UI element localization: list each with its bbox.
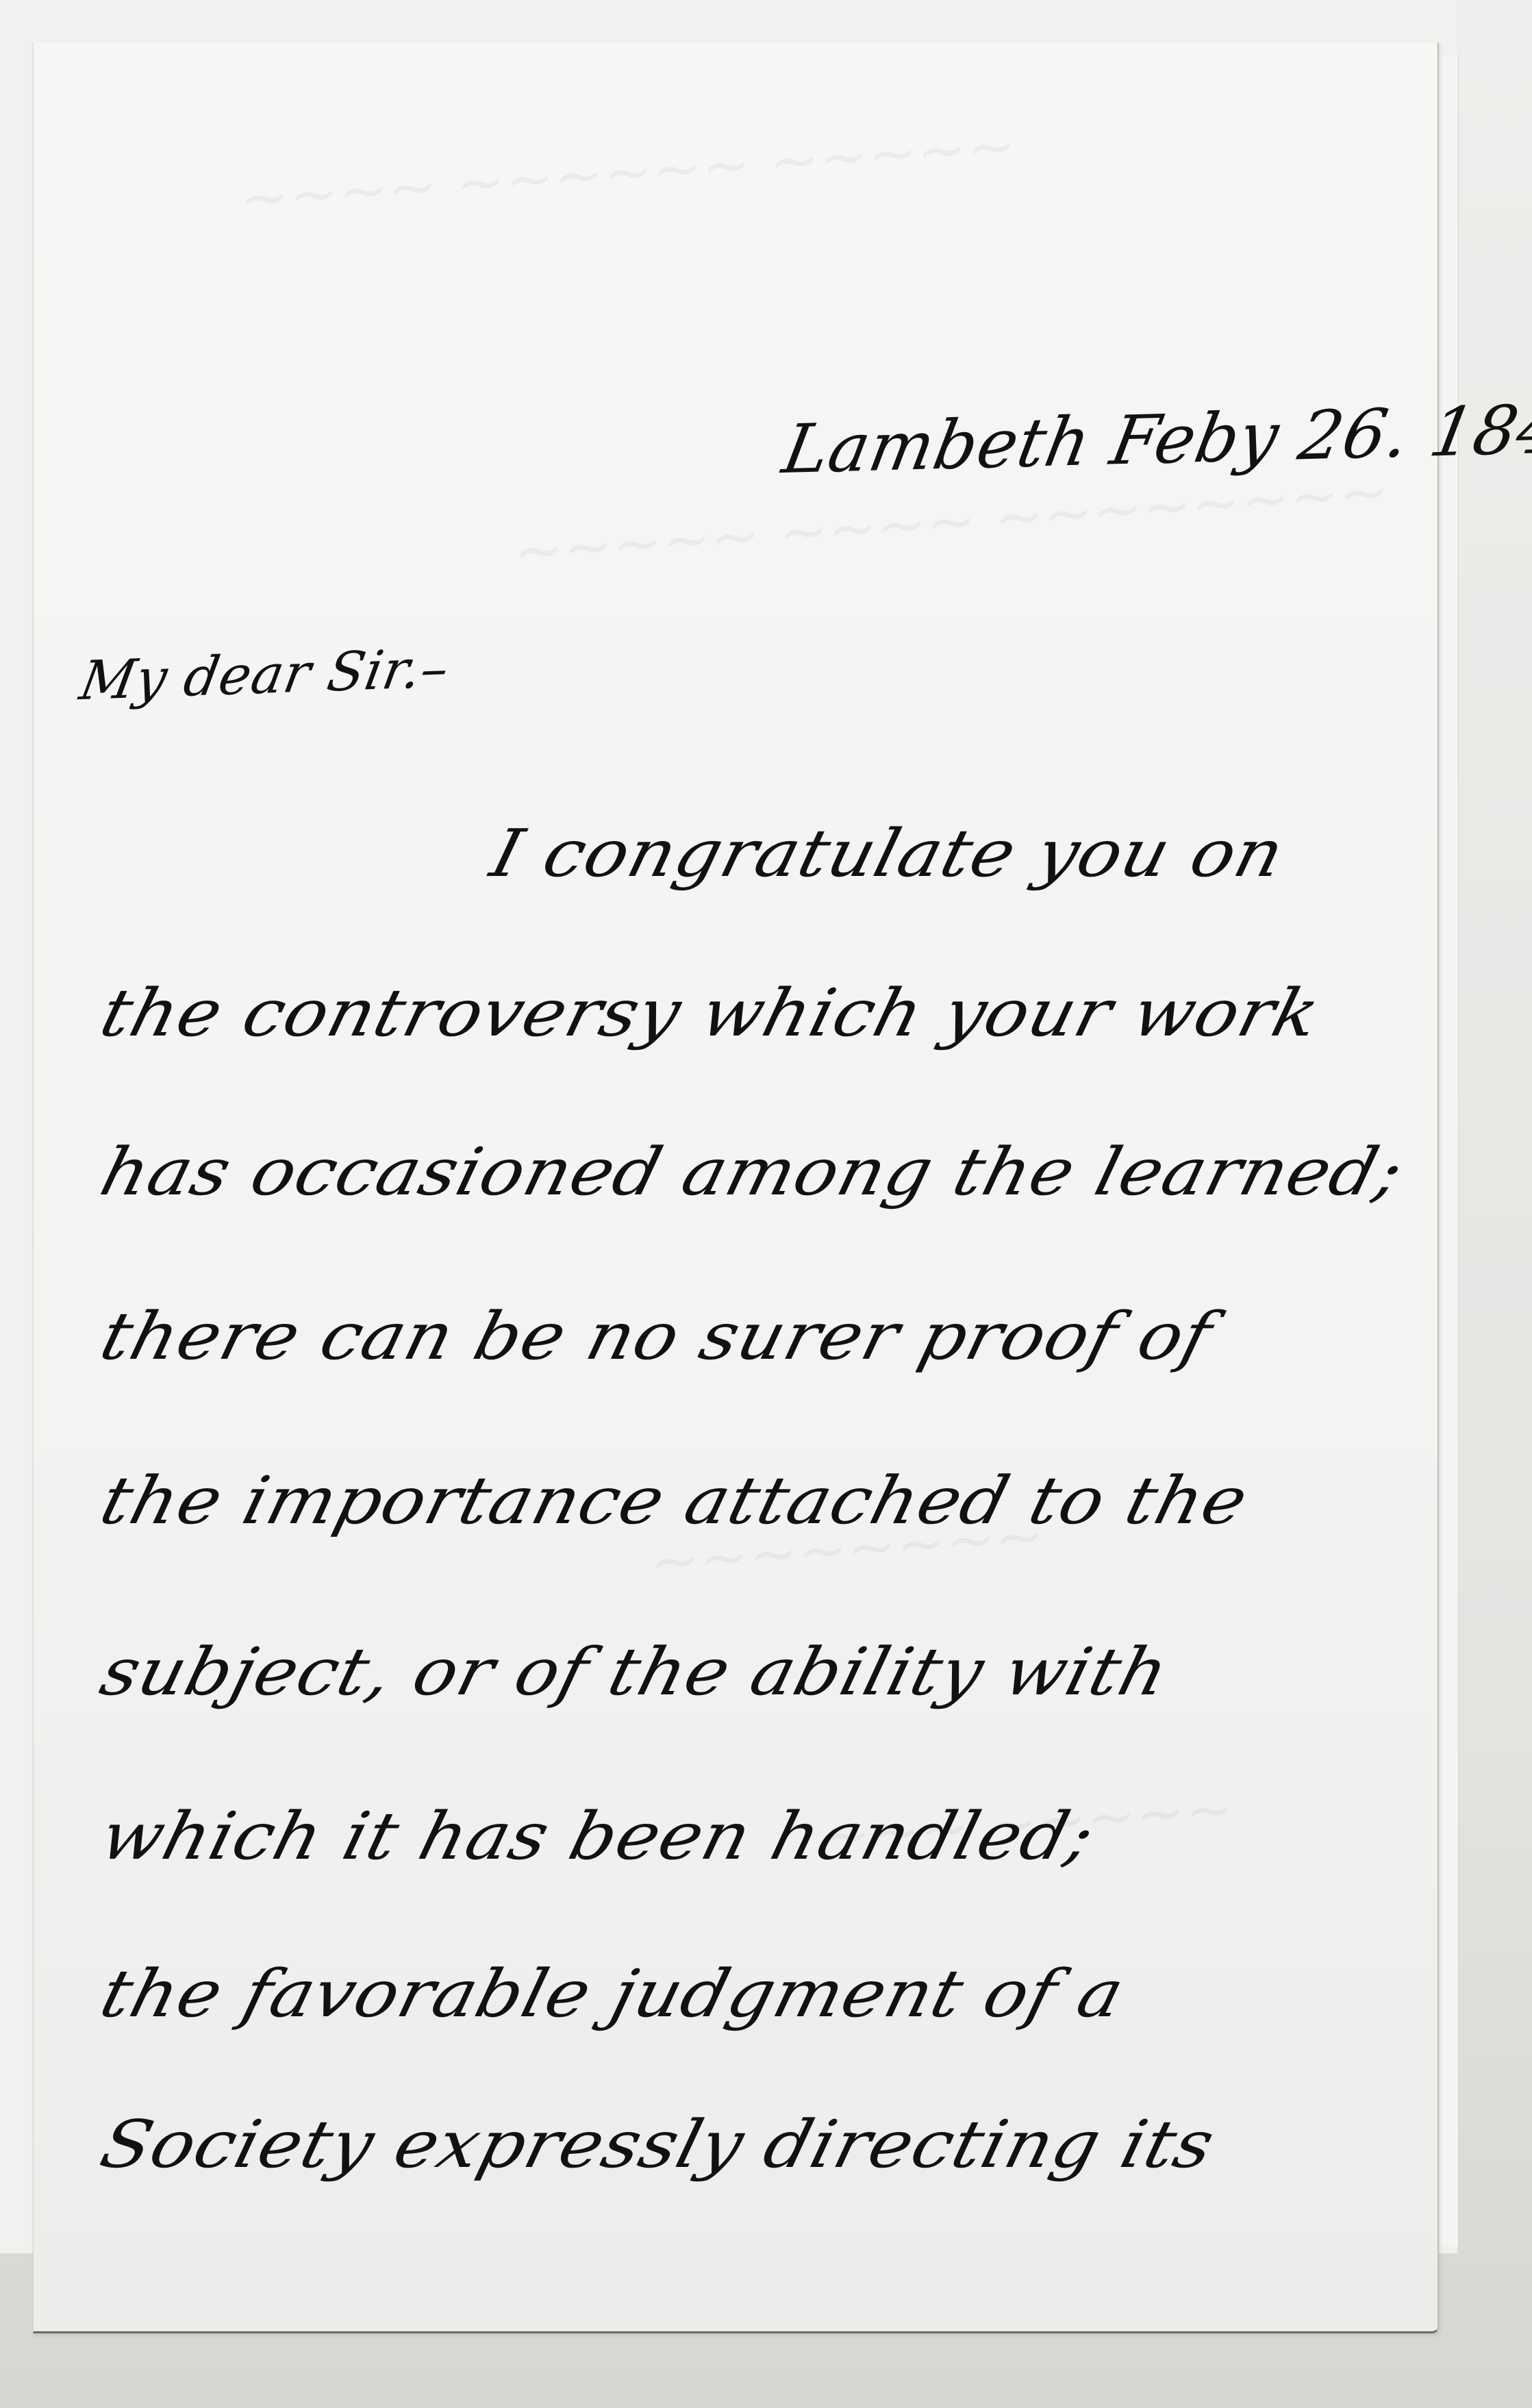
sheet-fold-edge (1437, 55, 1459, 2246)
letter-body-line: I congratulate you on (484, 815, 1292, 892)
letter-body-line: the controversy which your work (93, 975, 1328, 1051)
letter-body-line: subject, or of the ability with (93, 1633, 1177, 1710)
letter-body-line: there can be no surer proof of (93, 1298, 1220, 1375)
letter-body-line: the importance attached to the (93, 1462, 1256, 1539)
letter-body-line: has occasioned among the learned; (93, 1133, 1411, 1210)
letter-salutation: My dear Sir.– (75, 638, 454, 712)
letter-body-line: the favorable judgment of a (93, 1955, 1132, 2032)
letter-body-line: which it has been handled; (93, 1798, 1103, 1874)
bleed-through-texture: ~~~~ ~~~~~~ ~~~~~ (238, 112, 1018, 234)
letter-body-line: Society expressly directing its (93, 2106, 1222, 2183)
